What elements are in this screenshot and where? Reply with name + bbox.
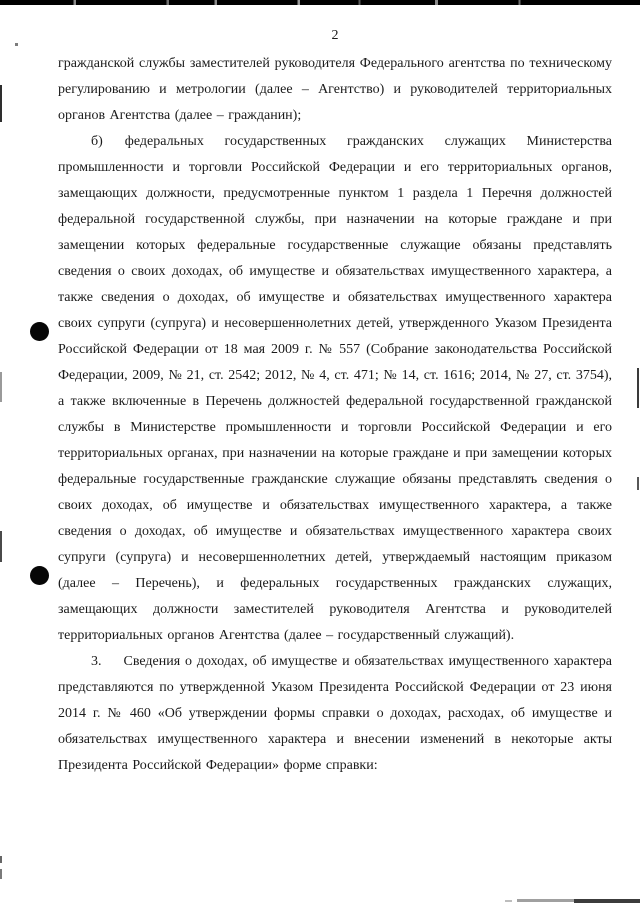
scan-edge-mark xyxy=(637,477,639,490)
scan-speck xyxy=(15,43,18,46)
paragraph-marker: 3. xyxy=(91,654,124,669)
scan-edge-mark xyxy=(0,372,2,402)
scan-edge-mark xyxy=(0,869,2,879)
paragraph-text: Сведения о доходах, об имуществе и обяза… xyxy=(58,654,612,773)
page-number: 2 xyxy=(58,29,612,43)
paragraph-text: федеральных государственных гражданских … xyxy=(58,134,612,643)
paragraph-text: гражданской службы заместителей руководи… xyxy=(58,56,612,123)
scan-edge-mark xyxy=(637,368,639,408)
paragraph: 3.Сведения о доходах, об имуществе и обя… xyxy=(58,649,612,779)
scan-speck xyxy=(505,900,512,902)
document-page: 2 гражданской службы заместителей руково… xyxy=(0,0,640,905)
paragraph: гражданской службы заместителей руководи… xyxy=(58,51,612,129)
hole-punch-mark-bottom xyxy=(30,566,49,585)
paragraph-marker: б) xyxy=(91,134,125,149)
paragraph: б)федеральных государственных граждански… xyxy=(58,129,612,649)
scan-edge-mark xyxy=(0,531,2,562)
document-body: гражданской службы заместителей руководи… xyxy=(58,51,612,779)
scan-artifact-bottom-bar-dark xyxy=(574,899,640,903)
scan-edge-mark xyxy=(0,856,2,863)
scan-edge-mark xyxy=(0,85,2,122)
scan-artifact-top-bar xyxy=(0,0,640,5)
scan-artifact-bottom-bar-light xyxy=(517,899,574,902)
hole-punch-mark-top xyxy=(30,322,49,341)
